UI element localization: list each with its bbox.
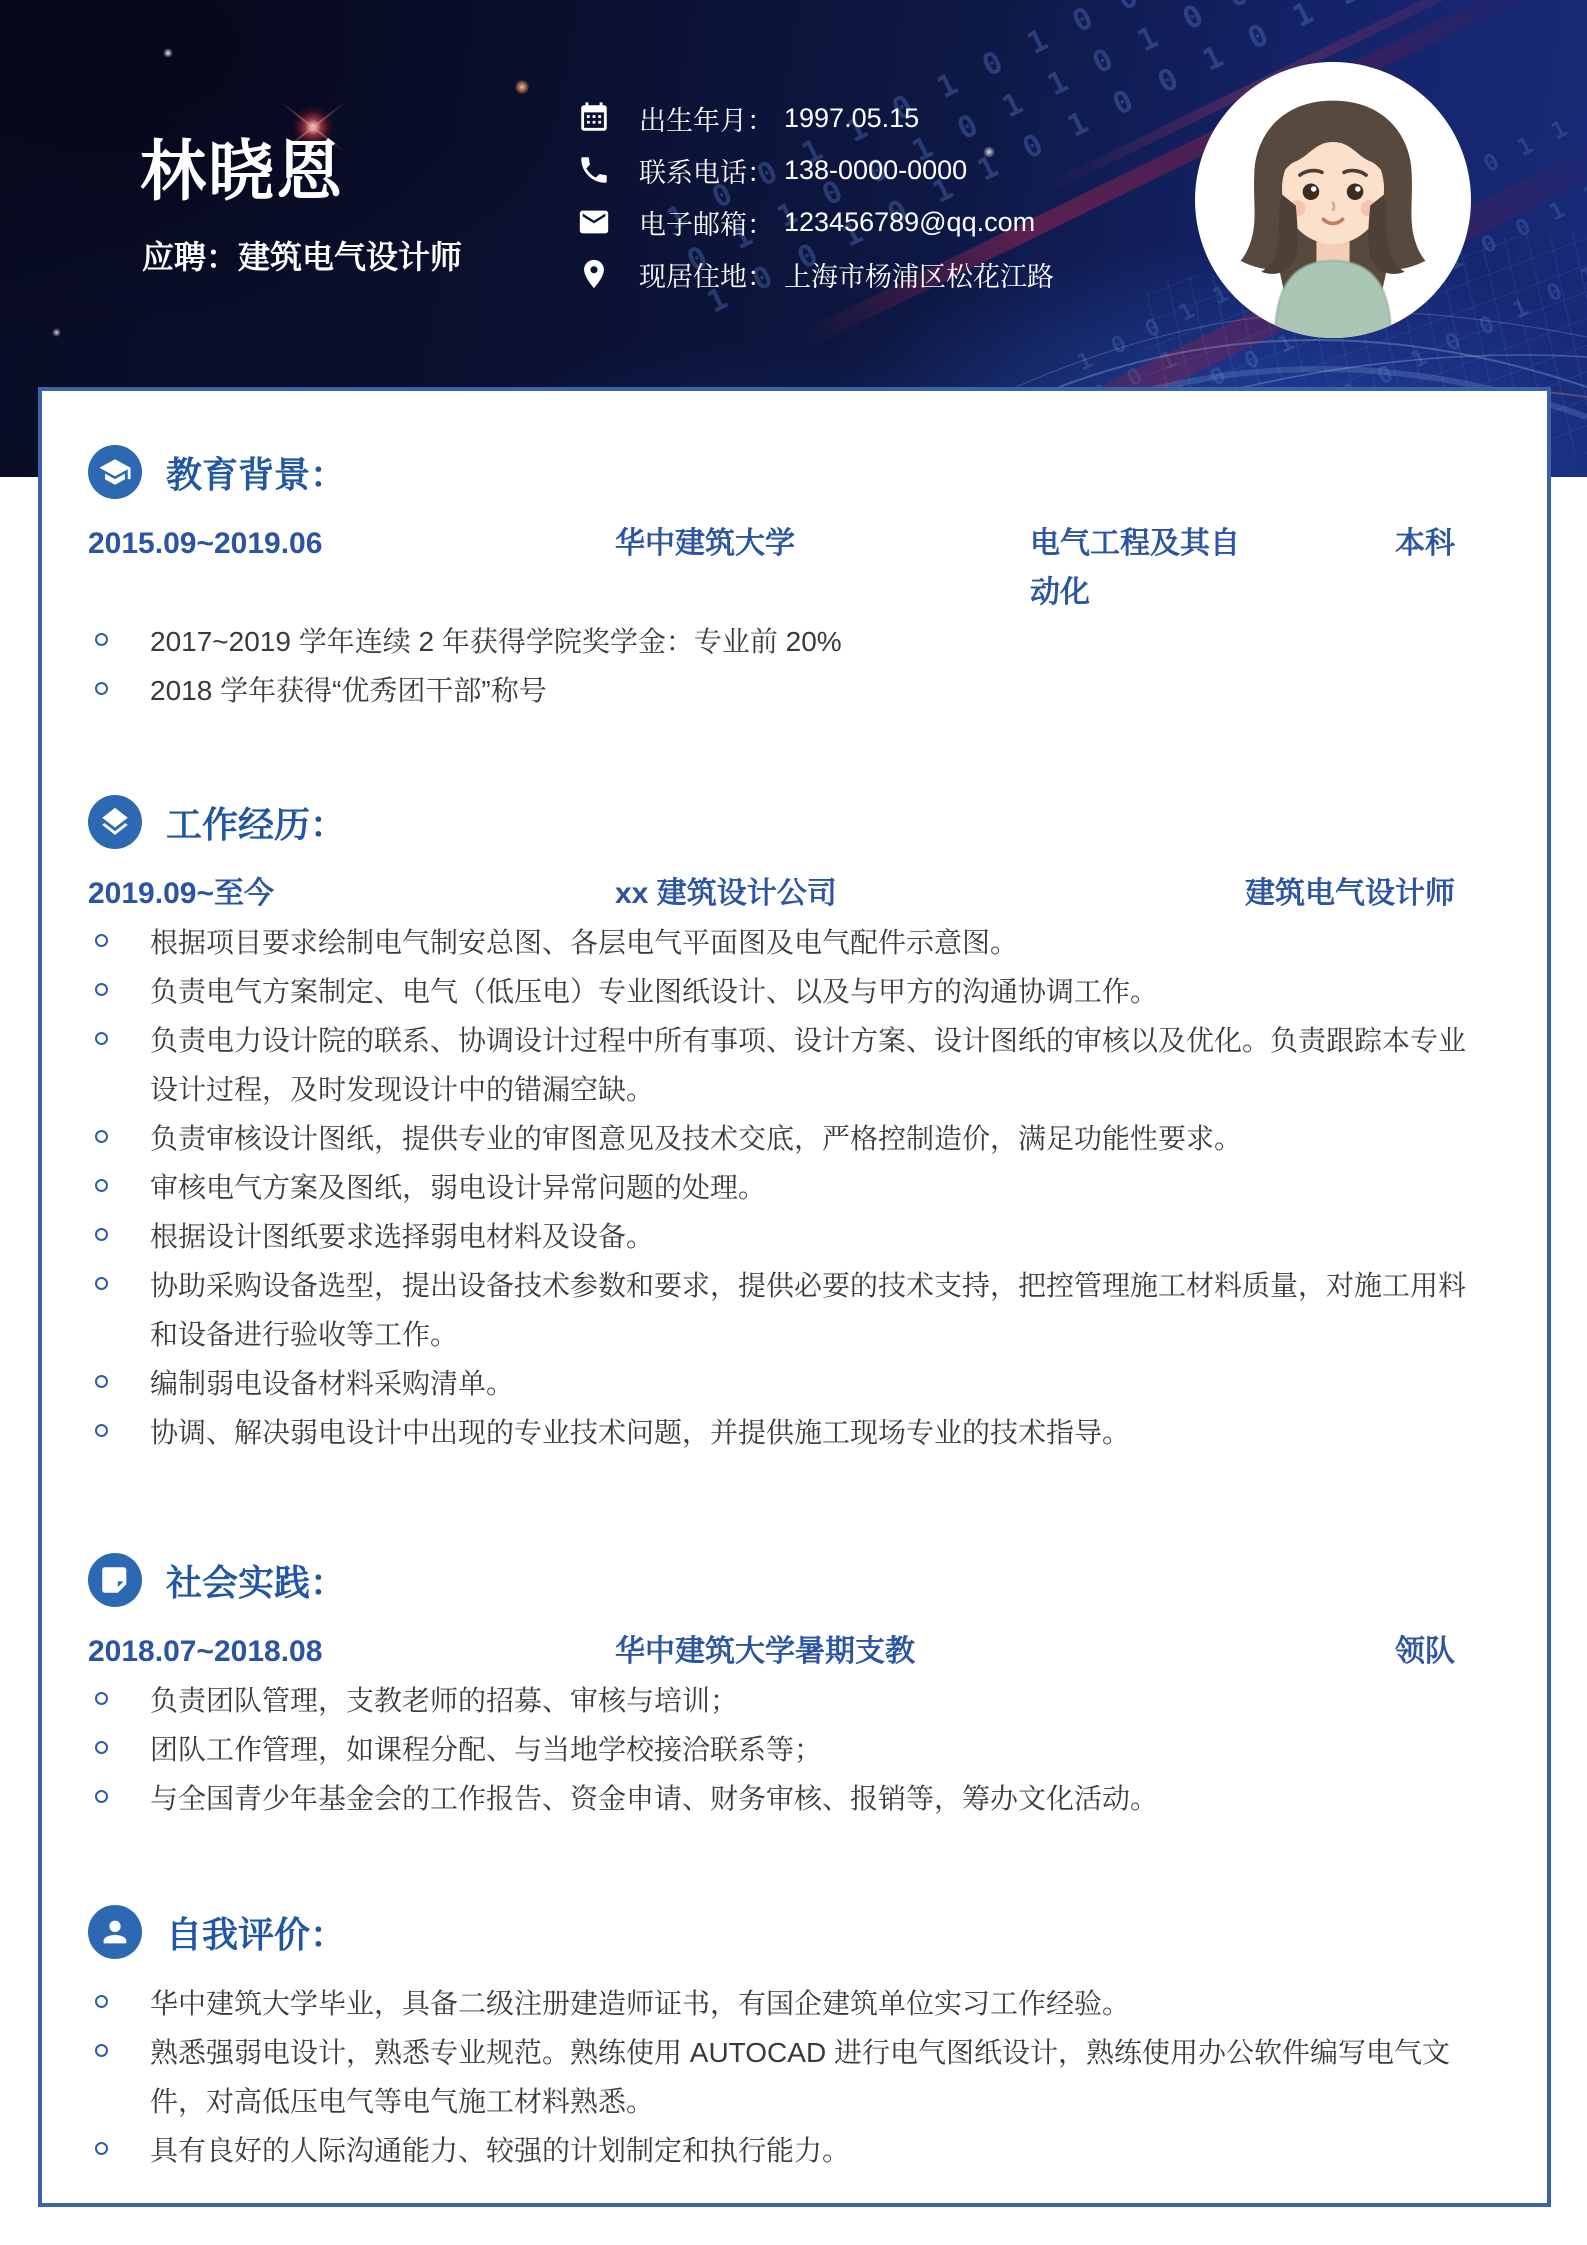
contact-label: 现居住地： (639, 255, 774, 294)
bullet-item: 2017~2019 学年连续 2 年获得学院奖学金：专业前 20% (88, 617, 1491, 666)
star-sparkle (515, 80, 529, 94)
contact-label: 联系电话： (639, 151, 774, 190)
bullet-item: 具有良好的人际沟通能力、较强的计划制定和执行能力。 (88, 2126, 1491, 2175)
contact-value: 1997.05.15 (784, 103, 919, 134)
layers-icon (88, 795, 142, 849)
phone-icon (577, 153, 611, 187)
section-header: 社会实践： (88, 1553, 1491, 1607)
bullet-text: 与全国青少年基金会的工作报告、资金申请、财务审核、报销等，筹办文化活动。 (150, 1783, 1158, 1814)
bullet-circle-icon (95, 1790, 108, 1803)
bullet-circle-icon (95, 983, 108, 996)
section-title: 自我评价： (166, 1907, 346, 1958)
section-header: 工作经历： (88, 795, 1491, 849)
bullet-text: 审核电气方案及图纸，弱电设计异常问题的处理。 (150, 1172, 766, 1203)
bullet-item: 协调、解决弱电设计中出现的专业技术问题，并提供施工现场专业的技术指导。 (88, 1408, 1491, 1457)
location-pin-icon (577, 257, 611, 291)
calendar-icon (577, 101, 611, 135)
meta-col-2: 电气工程及其自动化 (1030, 519, 1241, 617)
resume-content-card: 教育背景：2015.09~2019.06华中建筑大学电气工程及其自动化本科201… (38, 387, 1551, 2207)
email-icon (577, 205, 611, 239)
bullet-circle-icon (95, 1995, 108, 2008)
bullet-text: 2017~2019 学年连续 2 年获得学院奖学金：专业前 20% (150, 626, 842, 657)
bullet-circle-icon (95, 1741, 108, 1754)
bullet-item: 负责电气方案制定、电气（低压电）专业图纸设计、以及与甲方的沟通协调工作。 (88, 967, 1491, 1016)
bullet-item: 团队工作管理，如课程分配、与当地学校接洽联系等； (88, 1725, 1491, 1774)
meta-col-1: 华中建筑大学 (615, 519, 1030, 568)
contact-row: 现居住地：上海市杨浦区松花江路 (577, 248, 1054, 300)
graduation-cap-icon (88, 445, 142, 499)
contact-list: 出生年月：1997.05.15联系电话：138-0000-0000电子邮箱：12… (577, 92, 1054, 300)
bullet-text: 团队工作管理，如课程分配、与当地学校接洽联系等； (150, 1734, 822, 1765)
meta-col-1: 华中建筑大学暑期支教 (615, 1627, 1030, 1676)
bullet-text: 负责电力设计院的联系、协调设计过程中所有事项、设计方案、设计图纸的审核以及优化。… (150, 1025, 1466, 1105)
section-title: 社会实践： (166, 1555, 346, 1606)
contact-row: 出生年月：1997.05.15 (577, 92, 1054, 144)
bullet-item: 审核电气方案及图纸，弱电设计异常问题的处理。 (88, 1163, 1491, 1212)
meta-col-0: 2015.09~2019.06 (88, 519, 615, 568)
bullet-item: 协助采购设备选型，提出设备技术参数和要求，提供必要的技术支持，把控管理施工材料质… (88, 1261, 1491, 1359)
candidate-name: 林晓恩 (140, 118, 344, 213)
star-sparkle (52, 328, 61, 337)
sections-container: 教育背景：2015.09~2019.06华中建筑大学电气工程及其自动化本科201… (88, 445, 1491, 2175)
section-education: 教育背景：2015.09~2019.06华中建筑大学电气工程及其自动化本科201… (88, 445, 1491, 715)
bullet-circle-icon (95, 1179, 108, 1192)
section-title: 教育背景： (166, 447, 346, 498)
bullet-circle-icon (95, 1130, 108, 1143)
contact-label: 电子邮箱： (639, 203, 774, 242)
bullet-circle-icon (95, 1424, 108, 1437)
experience-meta-row: 2015.09~2019.06华中建筑大学电气工程及其自动化本科 (88, 519, 1491, 617)
bullet-item: 熟悉强弱电设计，熟悉专业规范。熟练使用 AUTOCAD 进行电气图纸设计，熟练使… (88, 2028, 1491, 2126)
bullet-text: 华中建筑大学毕业，具备二级注册建造师证书，有国企建筑单位实习工作经验。 (150, 1988, 1130, 2019)
bullet-text: 根据设计图纸要求选择弱电材料及设备。 (150, 1221, 654, 1252)
bullet-text: 具有良好的人际沟通能力、较强的计划制定和执行能力。 (150, 2135, 850, 2166)
bullet-circle-icon (95, 2142, 108, 2155)
bullet-circle-icon (95, 1375, 108, 1388)
contact-row: 联系电话：138-0000-0000 (577, 144, 1054, 196)
star-sparkle (163, 48, 173, 58)
meta-col-3: 本科 (1241, 519, 1491, 568)
note-icon (88, 1553, 142, 1607)
bullet-text: 编制弱电设备材料采购清单。 (150, 1368, 514, 1399)
bullet-item: 2018 学年获得“优秀团干部”称号 (88, 666, 1491, 715)
bullet-text: 根据项目要求绘制电气制安总图、各层电气平面图及电气配件示意图。 (150, 927, 1018, 958)
experience-meta-row: 2018.07~2018.08华中建筑大学暑期支教领队 (88, 1627, 1491, 1676)
contact-row: 电子邮箱：123456789@qq.com (577, 196, 1054, 248)
bullet-circle-icon (95, 1032, 108, 1045)
bullet-item: 与全国青少年基金会的工作报告、资金申请、财务审核、报销等，筹办文化活动。 (88, 1774, 1491, 1823)
bullet-list: 根据项目要求绘制电气制安总图、各层电气平面图及电气配件示意图。负责电气方案制定、… (88, 918, 1491, 1457)
bullet-item: 编制弱电设备材料采购清单。 (88, 1359, 1491, 1408)
meta-col-3: 建筑电气设计师 (1241, 869, 1491, 918)
bullet-list: 华中建筑大学毕业，具备二级注册建造师证书，有国企建筑单位实习工作经验。熟悉强弱电… (88, 1979, 1491, 2175)
bullet-circle-icon (95, 934, 108, 947)
section-self: 自我评价：华中建筑大学毕业，具备二级注册建造师证书，有国企建筑单位实习工作经验。… (88, 1905, 1491, 2175)
meta-col-3: 领队 (1241, 1627, 1491, 1676)
applied-position: 应聘：建筑电气设计师 (142, 232, 462, 278)
section-header: 自我评价： (88, 1905, 1491, 1959)
bullet-circle-icon (95, 682, 108, 695)
contact-value: 138-0000-0000 (784, 155, 967, 186)
section-social: 社会实践：2018.07~2018.08华中建筑大学暑期支教领队负责团队管理，支… (88, 1553, 1491, 1823)
avatar (1195, 62, 1471, 338)
bullet-text: 协调、解决弱电设计中出现的专业技术问题，并提供施工现场专业的技术指导。 (150, 1417, 1130, 1448)
meta-col-0: 2018.07~2018.08 (88, 1627, 615, 1676)
section-title: 工作经历： (166, 797, 346, 848)
bullet-item: 根据项目要求绘制电气制安总图、各层电气平面图及电气配件示意图。 (88, 918, 1491, 967)
bullet-text: 负责电气方案制定、电气（低压电）专业图纸设计、以及与甲方的沟通协调工作。 (150, 976, 1158, 1007)
bullet-circle-icon (95, 1277, 108, 1290)
bullet-circle-icon (95, 1228, 108, 1241)
bullet-text: 熟悉强弱电设计，熟悉专业规范。熟练使用 AUTOCAD 进行电气图纸设计，熟练使… (150, 2037, 1450, 2117)
meta-col-0: 2019.09~至今 (88, 869, 615, 918)
bullet-item: 根据设计图纸要求选择弱电材料及设备。 (88, 1212, 1491, 1261)
resume-page: 1 0 0 1 1 0 1 0 1 0 0 1 0 1 1 0 0 1 0 1 … (0, 0, 1587, 2245)
bullet-text: 负责团队管理，支教老师的招募、审核与培训； (150, 1685, 738, 1716)
contact-value: 123456789@qq.com (784, 207, 1035, 238)
meta-col-1: xx 建筑设计公司 (615, 869, 1030, 918)
person-icon (88, 1905, 142, 1959)
bullet-item: 华中建筑大学毕业，具备二级注册建造师证书，有国企建筑单位实习工作经验。 (88, 1979, 1491, 2028)
section-header: 教育背景： (88, 445, 1491, 499)
bullet-circle-icon (95, 2044, 108, 2057)
experience-meta-row: 2019.09~至今xx 建筑设计公司建筑电气设计师 (88, 869, 1491, 918)
bullet-item: 负责团队管理，支教老师的招募、审核与培训； (88, 1676, 1491, 1725)
bullet-list: 负责团队管理，支教老师的招募、审核与培训；团队工作管理，如课程分配、与当地学校接… (88, 1676, 1491, 1823)
section-work: 工作经历：2019.09~至今xx 建筑设计公司建筑电气设计师根据项目要求绘制电… (88, 795, 1491, 1457)
bullet-item: 负责审核设计图纸，提供专业的审图意见及技术交底，严格控制造价，满足功能性要求。 (88, 1114, 1491, 1163)
bullet-text: 协助采购设备选型，提出设备技术参数和要求，提供必要的技术支持，把控管理施工材料质… (150, 1270, 1466, 1350)
bullet-circle-icon (95, 1692, 108, 1705)
bullet-text: 负责审核设计图纸，提供专业的审图意见及技术交底，严格控制造价，满足功能性要求。 (150, 1123, 1242, 1154)
contact-value: 上海市杨浦区松花江路 (784, 255, 1054, 294)
bullet-item: 负责电力设计院的联系、协调设计过程中所有事项、设计方案、设计图纸的审核以及优化。… (88, 1016, 1491, 1114)
bullet-list: 2017~2019 学年连续 2 年获得学院奖学金：专业前 20%2018 学年… (88, 617, 1491, 715)
bullet-text: 2018 学年获得“优秀团干部”称号 (150, 675, 547, 706)
contact-label: 出生年月： (639, 99, 774, 138)
bullet-circle-icon (95, 633, 108, 646)
